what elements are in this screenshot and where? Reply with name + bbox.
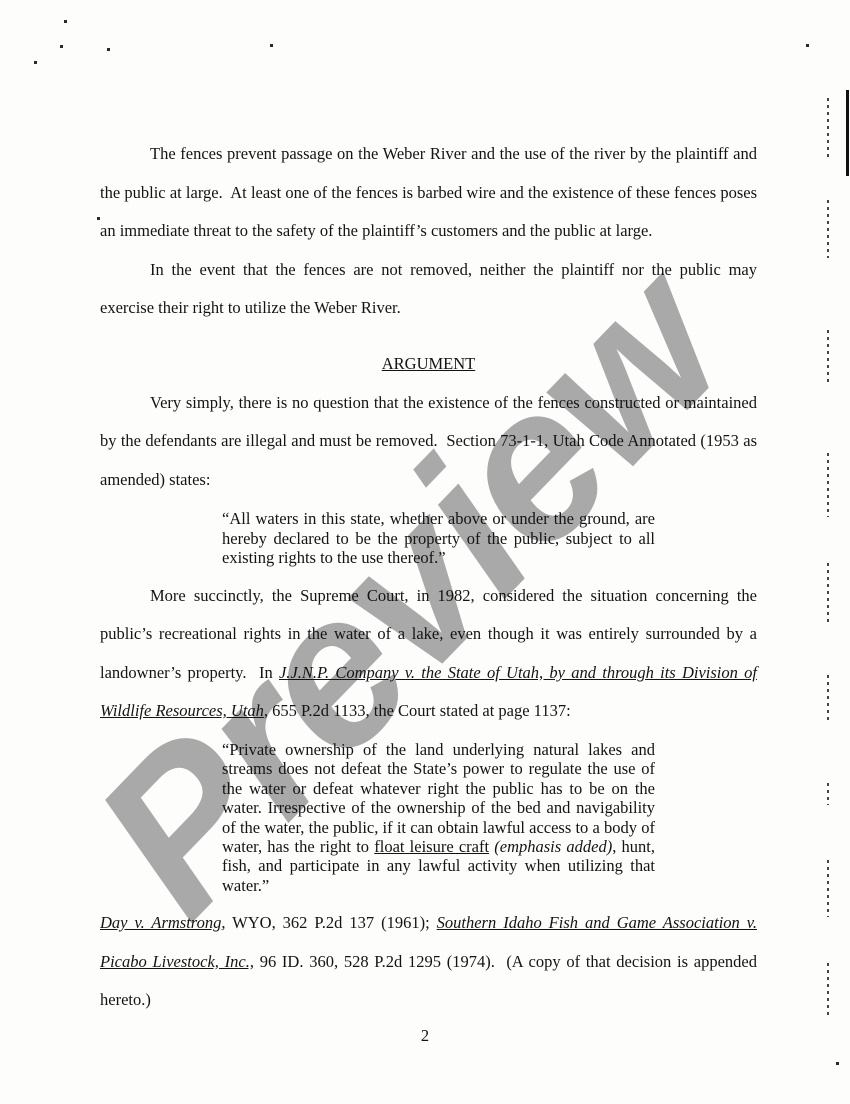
scan-speck <box>836 1062 839 1065</box>
page-number: 2 <box>0 1026 850 1046</box>
scan-speck <box>270 44 273 47</box>
scan-speck <box>97 217 100 220</box>
statute-quote-utah-code: “All waters in this state, whether above… <box>222 509 655 567</box>
scan-dotted-line <box>827 963 829 1017</box>
scanned-legal-document-page: Preview The fences prevent passage on th… <box>0 0 850 1104</box>
scan-dotted-line <box>827 563 829 623</box>
text-run: (emphasis added) <box>494 837 612 856</box>
text-run: , WYO, 362 P.2d 137 (1961); <box>221 913 436 932</box>
paragraph-very-simply: Very simply, there is no question that t… <box>100 384 757 500</box>
argument-heading: ARGUMENT <box>100 345 757 384</box>
argument-heading-text: ARGUMENT <box>382 354 476 373</box>
scan-dotted-line <box>827 98 829 158</box>
scan-edge-line <box>846 90 849 176</box>
scan-speck <box>806 44 809 47</box>
paragraph-more-succinctly: More succinctly, the Supreme Court, in 1… <box>100 577 757 731</box>
text-run: , 655 P.2d 1133, the Court stated at pag… <box>264 701 571 720</box>
scan-dotted-line <box>827 675 829 723</box>
scan-speck <box>107 48 110 51</box>
scan-dotted-line <box>827 200 829 258</box>
scan-speck <box>34 61 37 64</box>
scan-speck <box>64 20 67 23</box>
paragraph-case-citations: Day v. Armstrong, WYO, 362 P.2d 137 (196… <box>100 904 757 1020</box>
scan-speck <box>60 45 63 48</box>
scan-dotted-line <box>827 453 829 517</box>
scan-dotted-line <box>827 330 829 384</box>
text-run: Day v. Armstrong <box>100 913 221 932</box>
scan-dotted-line <box>827 783 829 805</box>
case-quote-private-ownership: “Private ownership of the land underlyin… <box>222 740 655 895</box>
paragraph-fences-prevent-passage: The fences prevent passage on the Weber … <box>100 135 757 251</box>
scan-dotted-line <box>827 860 829 917</box>
text-run: float leisure craft <box>374 837 489 856</box>
paragraph-in-the-event: In the event that the fences are not rem… <box>100 251 757 328</box>
document-body: The fences prevent passage on the Weber … <box>100 135 757 1020</box>
